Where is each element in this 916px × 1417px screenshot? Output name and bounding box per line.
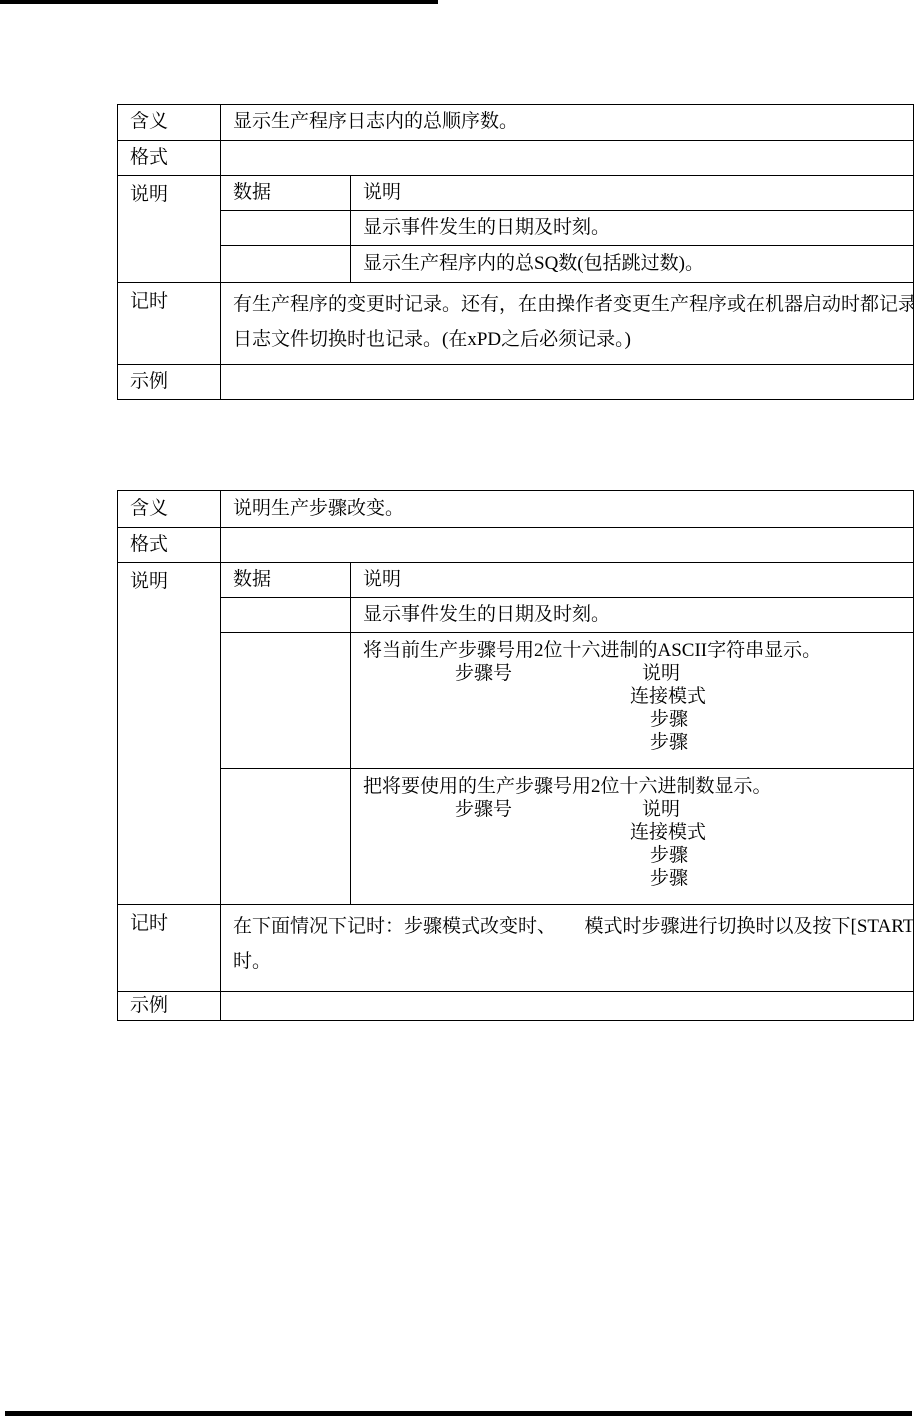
example-label-cell: 示例 (118, 365, 221, 400)
stanza-col-step-label: 步骤号 (455, 799, 512, 820)
stanza-item: 步骤 (363, 708, 901, 731)
table-row: 示例 (118, 365, 914, 400)
stanza-item: 步骤 (363, 731, 901, 754)
table-row: 显示生产程序内的总SQ数(包括跳过数)。 (118, 246, 914, 283)
data-column-header-cell: 数据 (221, 176, 351, 211)
table-row: 显示事件发生的日期及时刻。 (118, 598, 914, 633)
top-horizontal-rule (0, 0, 438, 4)
timing-value-cell: 在下面情况下记时：步骤模式改变时、 模式时步骤进行切换时以及按下[START]按… (221, 905, 914, 992)
stanza-column-headers: 步骤号说明 (363, 798, 901, 821)
desc-value-cell-current-step: 将当前生产步骤号用2位十六进制的ASCII字符串显示。 步骤号说明 连接模式 步… (351, 633, 914, 769)
data-value-cell (221, 633, 351, 769)
table-row: 格式 (118, 528, 914, 563)
table-row: 把将要使用的生产步骤号用2位十六进制数显示。 步骤号说明 连接模式 步骤 步骤 (118, 769, 914, 905)
stanza-intro: 把将要使用的生产步骤号用2位十六进制数显示。 (363, 775, 901, 798)
stanza-item: 步骤 (363, 844, 901, 867)
table-row: 含义 说明生产步骤改变。 (118, 491, 914, 528)
stanza-col-step-label: 步骤号 (455, 663, 512, 684)
data-value-cell (221, 769, 351, 905)
timing-label-cell: 记时 (118, 905, 221, 992)
timing-line-1: 在下面情况下记时：步骤模式改变时、 模式时步骤进行切换时以及按下[START]按… (233, 909, 901, 944)
document-page: 含义 显示生产程序日志内的总顺序数。 格式 说明 数据 说明 显示事件发生的日期… (0, 0, 916, 1417)
table-row: 将当前生产步骤号用2位十六进制的ASCII字符串显示。 步骤号说明 连接模式 步… (118, 633, 914, 769)
table-row: 显示事件发生的日期及时刻。 (118, 211, 914, 246)
desc-column-header-cell: 说明 (351, 563, 914, 598)
data-value-cell (221, 211, 351, 246)
description-label-cell: 说明 (118, 176, 221, 283)
desc-value-cell: 显示生产程序内的总SQ数(包括跳过数)。 (351, 246, 914, 283)
desc-value-cell-next-step: 把将要使用的生产步骤号用2位十六进制数显示。 步骤号说明 连接模式 步骤 步骤 (351, 769, 914, 905)
desc-value-cell: 显示事件发生的日期及时刻。 (351, 598, 914, 633)
description-label-cell: 说明 (118, 563, 221, 905)
meaning-value-cell: 说明生产步骤改变。 (221, 491, 914, 528)
spec-table-step-change: 含义 说明生产步骤改变。 格式 说明 数据 说明 显示事件发生的日期及时刻。 将… (117, 490, 914, 1021)
desc-column-header-cell: 说明 (351, 176, 914, 211)
meaning-value-cell: 显示生产程序日志内的总顺序数。 (221, 105, 914, 141)
stanza-intro: 将当前生产步骤号用2位十六进制的ASCII字符串显示。 (363, 639, 901, 662)
stanza-item: 连接模式 (363, 821, 901, 844)
table-row: 说明 数据 说明 (118, 176, 914, 211)
stanza-item: 步骤 (363, 867, 901, 890)
table-row: 记时 有生产程序的变更时记录。还有，在由操作者变更生产程序或在机器启动时都记录。… (118, 283, 914, 365)
meaning-label-cell: 含义 (118, 491, 221, 528)
bottom-horizontal-rule (5, 1411, 912, 1416)
example-value-cell (221, 992, 914, 1021)
timing-value-cell: 有生产程序的变更时记录。还有，在由操作者变更生产程序或在机器启动时都记录。 日志… (221, 283, 914, 365)
stanza-col-desc-label: 说明 (642, 799, 680, 820)
table-row: 含义 显示生产程序日志内的总顺序数。 (118, 105, 914, 141)
data-value-cell (221, 598, 351, 633)
table-row: 记时 在下面情况下记时：步骤模式改变时、 模式时步骤进行切换时以及按下[STAR… (118, 905, 914, 992)
example-label-cell: 示例 (118, 992, 221, 1021)
format-label-cell: 格式 (118, 528, 221, 563)
desc-value-cell: 显示事件发生的日期及时刻。 (351, 211, 914, 246)
example-value-cell (221, 365, 914, 400)
table-row: 说明 数据 说明 (118, 563, 914, 598)
timing-line-1: 有生产程序的变更时记录。还有，在由操作者变更生产程序或在机器启动时都记录。 (233, 287, 901, 322)
format-value-cell (221, 528, 914, 563)
stanza-item: 连接模式 (363, 685, 901, 708)
stanza-col-desc-label: 说明 (642, 663, 680, 684)
format-value-cell (221, 141, 914, 176)
meaning-label-cell: 含义 (118, 105, 221, 141)
table-row: 示例 (118, 992, 914, 1021)
spec-table-sequence-count: 含义 显示生产程序日志内的总顺序数。 格式 说明 数据 说明 显示事件发生的日期… (117, 104, 914, 400)
timing-line-2: 日志文件切换时也记录。(在xPD之后必须记录。) (233, 322, 901, 357)
data-value-cell (221, 246, 351, 283)
data-column-header-cell: 数据 (221, 563, 351, 598)
timing-label-cell: 记时 (118, 283, 221, 365)
stanza-column-headers: 步骤号说明 (363, 662, 901, 685)
format-label-cell: 格式 (118, 141, 221, 176)
timing-line-2: 时。 (233, 944, 901, 979)
table-row: 格式 (118, 141, 914, 176)
